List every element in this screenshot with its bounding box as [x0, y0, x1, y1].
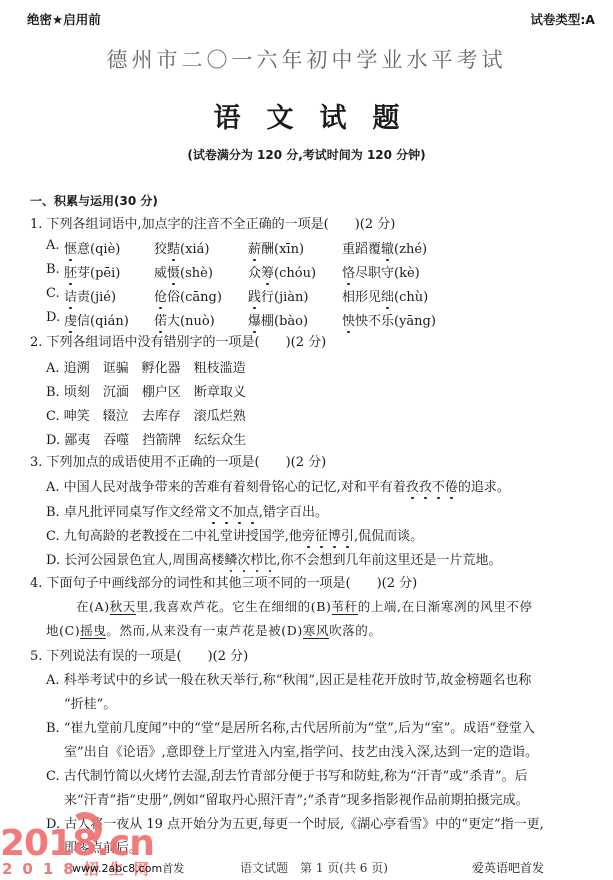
pinyin-item: 践行(jiàn) — [248, 286, 308, 305]
pinyin-item: 薪酬(xīn) — [248, 238, 304, 257]
emphasis-dot-char: 怏 — [342, 310, 355, 329]
emphasis-dot-char: 爆 — [248, 310, 261, 329]
pinyin-item: 惬意(qiè) — [64, 238, 120, 257]
emphasis-dot-char: 恪 — [342, 262, 355, 281]
dotted-idiom: 鳞次栉比 — [224, 553, 276, 568]
option-label: C. — [46, 286, 60, 301]
pinyin-item: 恪尽职守(kè) — [342, 262, 420, 281]
question-4-stem: 4. 下面句子中画线部分的词性和其他三项不同的一项是( )(2 分) — [30, 572, 417, 591]
page-footer: 语文试题 第 1 页(共 6 页) — [240, 859, 388, 876]
exam-note: (试卷满分为 120 分,考试时间为 120 分钟) — [0, 146, 613, 163]
option-label: D. — [46, 310, 60, 325]
watermark-site-link[interactable]: www.2abc8.com首发 — [72, 860, 184, 876]
pinyin-item: 偌大(nuò) — [154, 310, 215, 329]
watermark-brand: 2018.cn — [0, 826, 154, 862]
emphasis-dot-char: 黠 — [167, 238, 180, 257]
dotted-idiom: 孜孜不倦 — [406, 480, 458, 495]
emphasis-dot-char: 惬 — [64, 238, 77, 257]
question-1-stem: 1. 下列各组词语中,加点字的注音不全正确的一项是( )(2 分) — [30, 213, 395, 232]
underlined-word-d: 寒风 — [303, 623, 329, 639]
underlined-word-a: 秋天 — [110, 599, 136, 615]
question-2-option-d: D. 鄙夷 吞噬 挡箭牌 纭纭众生 — [46, 429, 246, 448]
option-label: B. — [46, 262, 60, 277]
subject-title: 语文试题 — [0, 96, 613, 135]
question-4-passage-line-1: 在(A)秋天里,我喜欢芦花。它生在细细的(B)苇秆的上端,在日渐寒冽的风里不停 — [76, 597, 533, 615]
underlined-word-c: 摇曳 — [80, 623, 106, 639]
question-3-stem: 3. 下列加点的成语使用不正确的一项是( )(2 分) — [30, 451, 326, 470]
question-5-stem: 5. 下列说法有误的一项是( )(2 分) — [30, 645, 248, 664]
pinyin-item: 诘责(jié) — [64, 286, 116, 305]
question-2-option-a: A. 追溯 诓骗 孵化器 粗枝滥造 — [46, 357, 246, 376]
dotted-idiom: 旁征博引 — [302, 529, 354, 544]
pinyin-item: 众筹(chóu) — [248, 262, 316, 281]
emphasis-dot-char: 慑 — [167, 262, 180, 281]
pinyin-item: 相形见绌(chù) — [342, 286, 428, 305]
paper-type-label: 试卷类型:A — [530, 10, 595, 28]
emphasis-dot-char: 绌 — [381, 286, 394, 305]
dotted-idiom: 文不加点 — [207, 505, 259, 520]
question-2-option-b: B. 顷刻 沉湎 棚户区 断章取义 — [46, 381, 246, 400]
question-3-option-a: A. 中国人民对战争带来的苦难有着刻骨铭心的记忆,对和平有着孜孜不倦的追求。 — [46, 476, 510, 495]
question-5-option-a-line-2: “折桂”。 — [64, 693, 116, 712]
emphasis-dot-char: 辙 — [381, 238, 394, 257]
emphasis-dot-char: 胚 — [64, 262, 77, 281]
question-4-passage-line-2: 地(C)摇曳。然而,从来没有一束芦花是被(D)寒风吹落的。 — [46, 621, 381, 639]
question-2-option-c: C. 呻笑 辍泣 去库存 滚瓜烂熟 — [46, 405, 246, 424]
emphasis-dot-char: 偌 — [154, 310, 167, 329]
underlined-word-b: 苇秆 — [332, 599, 358, 615]
emphasis-dot-char: 薪 — [248, 238, 261, 257]
footer-source: 爱英语吧首发 — [472, 859, 544, 876]
exam-name: 德州市二〇一六年初中学业水平考试 — [0, 44, 613, 74]
section-heading: 一、积累与运用(30 分) — [30, 192, 158, 209]
pinyin-item: 怏怏不乐(yāng) — [342, 310, 436, 329]
emphasis-dot-char: 诘 — [64, 286, 77, 305]
pinyin-item: 威慑(shè) — [154, 262, 213, 281]
pinyin-item: 重蹈覆辙(zhé) — [342, 238, 427, 257]
pinyin-item: 狡黠(xiá) — [154, 238, 209, 257]
question-2-stem: 2. 下列各组词语中没有错别字的一项是( )(2 分) — [30, 331, 326, 350]
emphasis-dot-char: 伧 — [154, 286, 167, 305]
emphasis-dot-char: 筹 — [261, 262, 274, 281]
pinyin-item: 爆棚(bào) — [248, 310, 308, 329]
pinyin-item: 虔信(qián) — [64, 310, 129, 329]
emphasis-dot-char: 践 — [248, 286, 261, 305]
option-label: A. — [46, 238, 60, 253]
question-3-option-c: C. 九旬高龄的老教授在二中礼堂讲授国学,他旁征博引,侃侃而谈。 — [46, 525, 423, 544]
pinyin-item: 胚芽(pēi) — [64, 262, 120, 281]
question-5-option-a-line-1: A. 科举考试中的乡试一般在秋天举行,称“秋闱”,因正是桂花开放时节,故金榜题名… — [46, 669, 531, 688]
question-5-option-b-line-2: 室”出自《论语》,意即登上厅堂进入内室,指学问、技艺由浅入深,达到一定的造诣。 — [64, 741, 538, 760]
question-3-option-b: B. 卓凡批评同桌写作文经常文不加点,错字百出。 — [46, 501, 328, 520]
emphasis-dot-char: 虔 — [64, 310, 77, 329]
question-5-option-c-line-1: C. 古代制竹简以火烤竹去湿,刮去竹青部分便于书写和防蛀,称为“汗青”或“杀青”… — [46, 765, 528, 784]
question-5-option-c-line-2: 来“汗青”指“史册”,例如“留取丹心照汗青”;“杀青”现多指影视作品前期拍摄完成… — [64, 789, 529, 808]
pinyin-item: 伧俗(cāng) — [154, 286, 222, 305]
question-3-option-d: D. 长河公园景色宜人,周围高楼鳞次栉比,你不会想到几年前这里还是一片荒地。 — [46, 549, 502, 568]
secrecy-label: 绝密★启用前 — [27, 10, 101, 28]
question-5-option-b-line-1: B. “崔九堂前几度闻”中的“堂”是居所名称,古代居所前为“堂”,后为“室”。成… — [46, 717, 535, 736]
